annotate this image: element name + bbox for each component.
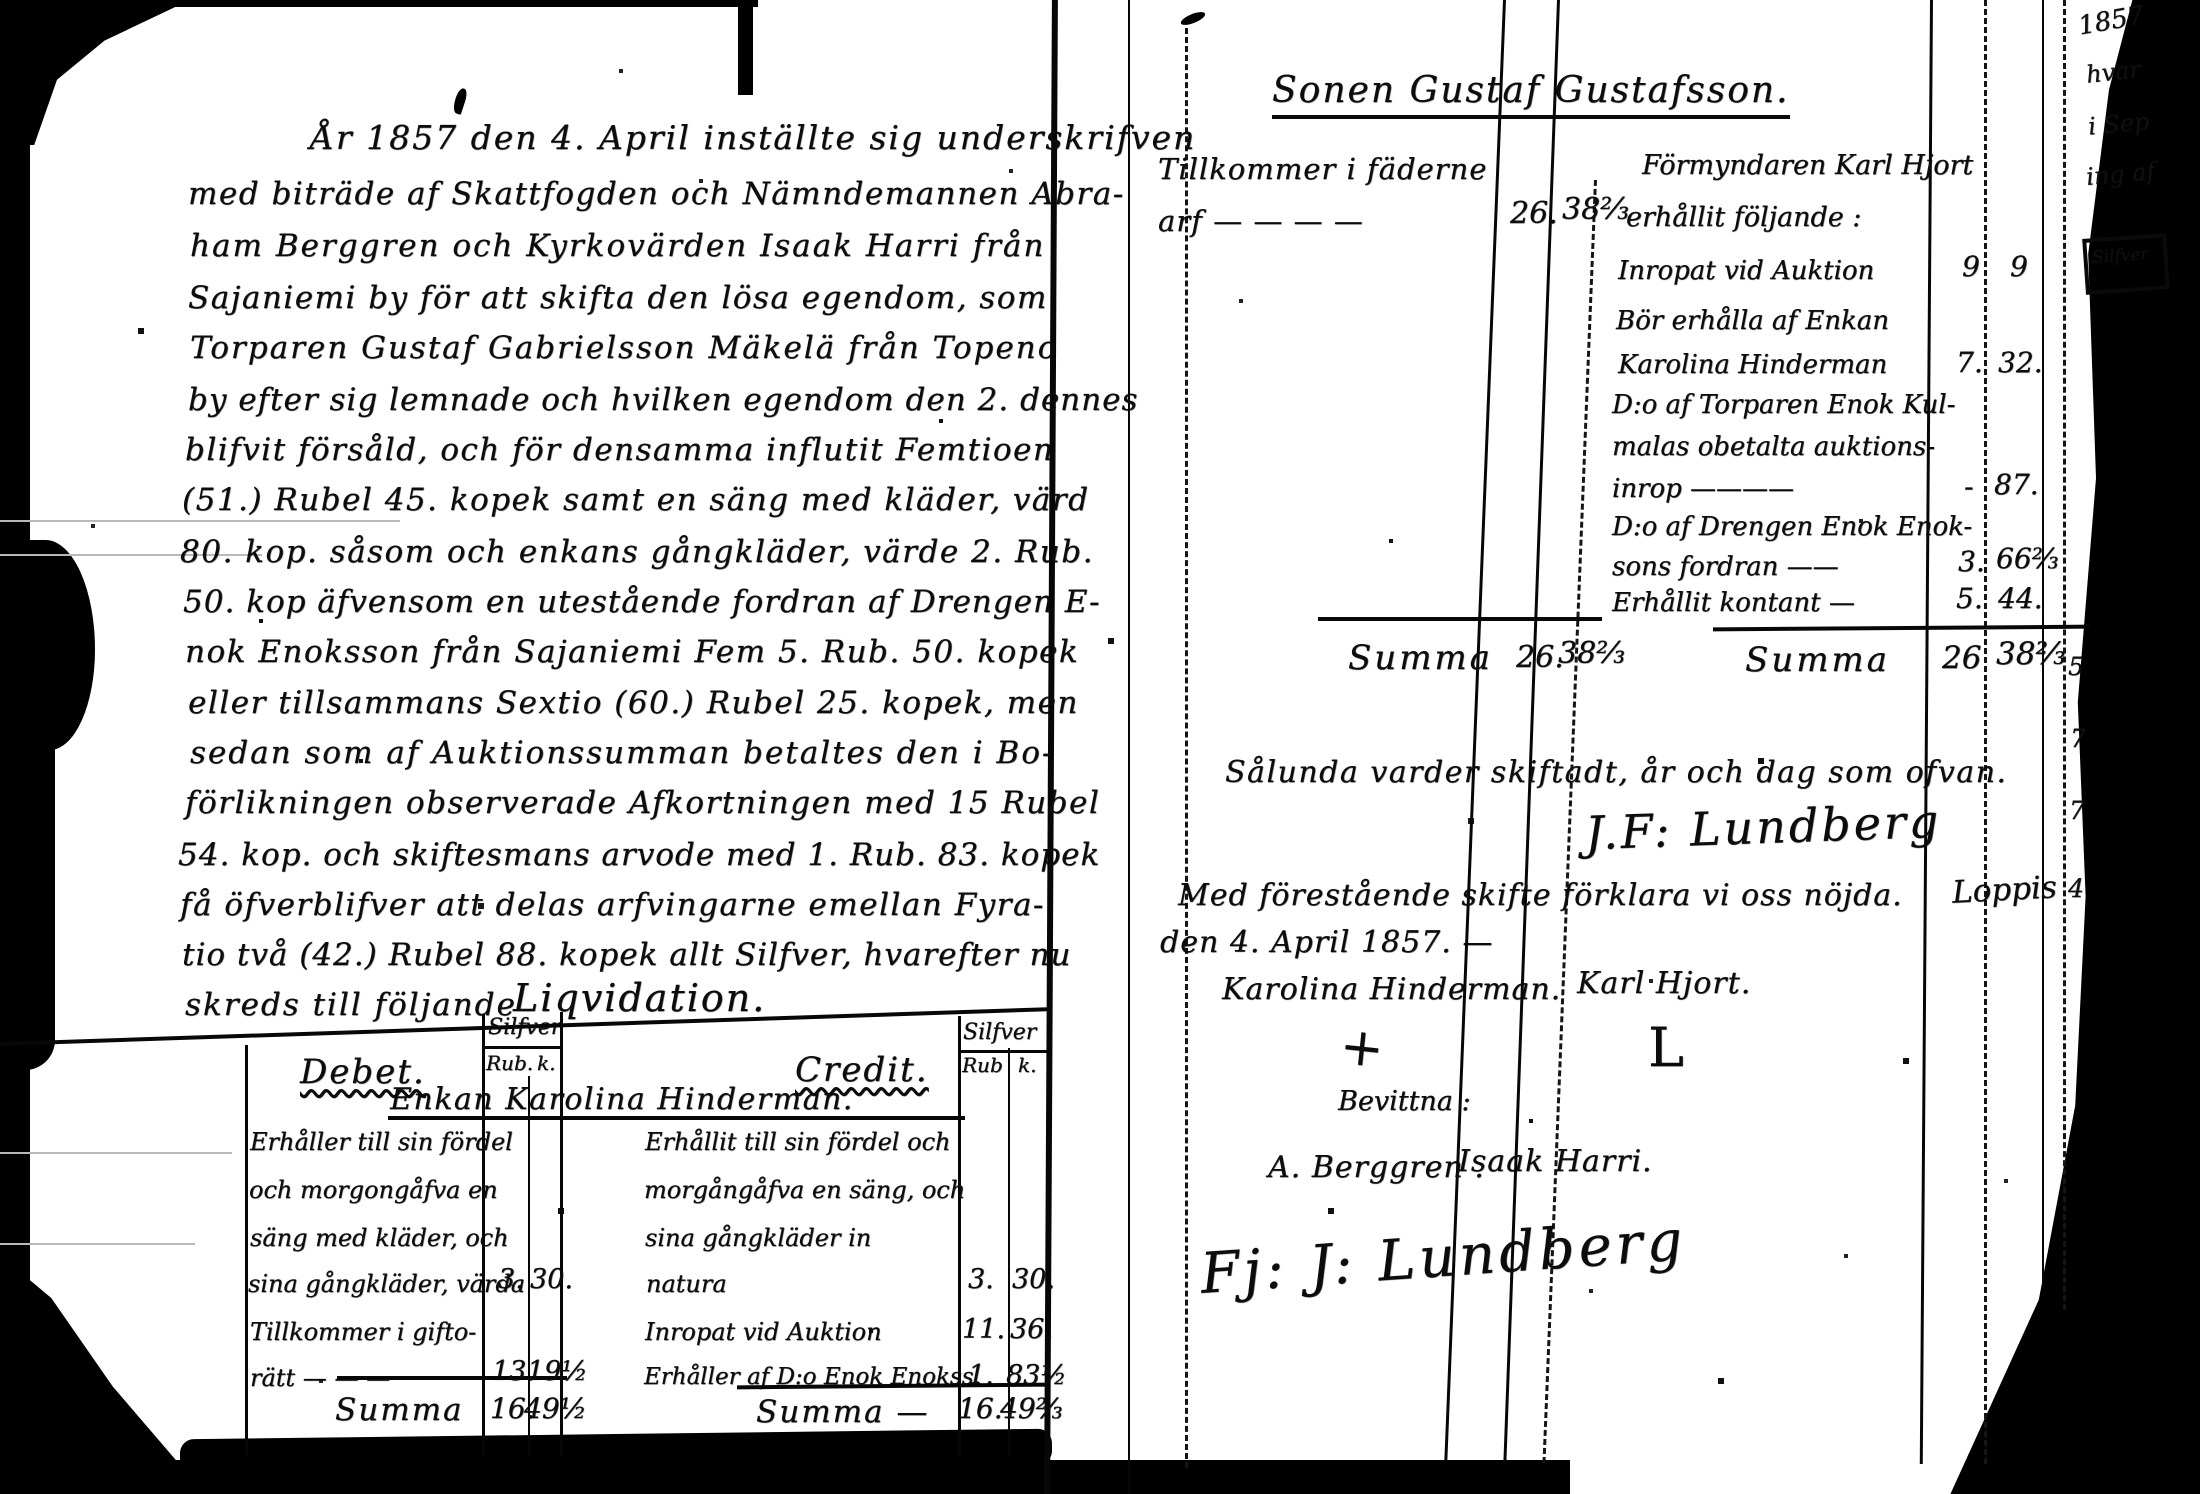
silver-header-left: Silfver: [488, 1015, 561, 1040]
right-page-heading: Sonen Gustaf Gustafsson.: [1272, 70, 1790, 119]
inheritance-kop: 38⅔: [1562, 192, 1629, 227]
body-line: få öfverblifver att delas arfvingarne em…: [180, 887, 1045, 923]
right-page-margin-line: [1128, 0, 1130, 1494]
scan-corner-bottom-left: [0, 1255, 205, 1494]
left-credit-amount-col-left: [958, 1016, 961, 1456]
clerk-signature-large: Fj: J: Lundberg: [1198, 1208, 1688, 1307]
body-line: tio två (42.) Rubel 88. kopek allt Silfv…: [182, 937, 1071, 973]
guardian-item-line: Erhållit kontant —: [1612, 588, 1855, 618]
left-summa-kop: 38⅔: [1558, 636, 1625, 671]
scanned-document-page: { "ink_color": "#0c0c0c", "left_page": {…: [0, 0, 2200, 1494]
sliver-digit: 7: [2070, 724, 2086, 753]
body-line: skreds till följande: [185, 987, 517, 1023]
credit-summa-kop: 49⅔: [1000, 1392, 1063, 1425]
credit-line: natura: [646, 1270, 727, 1298]
table-section-heading: Enkan Karolina Hinderman.: [390, 1082, 854, 1117]
witness-signature-1: A. Berggren .: [1268, 1150, 1485, 1185]
closing-statement: Sålunda varder skiftadt, år och dag som …: [1225, 755, 2007, 790]
scan-fleck-2: [1179, 9, 1206, 27]
guardian-item-line: Bör erhålla af Enkan: [1616, 306, 1889, 336]
body-line: (51.) Rubel 45. kopek samt en säng med k…: [182, 482, 1089, 518]
signature-karl: Karl Hjort.: [1577, 966, 1751, 1001]
body-line: ham Berggren och Kyrkovärden Isaak Harri…: [190, 228, 1045, 264]
credit-amount-kop: 30.: [1012, 1264, 1055, 1295]
silver-header-right: Silfver: [963, 1020, 1036, 1045]
right-summa-kop: 38⅔: [1996, 636, 2066, 672]
sliver-digit: 4: [2068, 874, 2084, 903]
credit-summa-rub: 16.: [958, 1392, 1003, 1425]
body-line: 50. kop äfvensom en utestående fordran a…: [183, 584, 1100, 620]
body-line: Torparen Gustaf Gabrielsson Mäkelä från …: [190, 330, 1058, 366]
left-summa-rub: 26.: [1516, 640, 1564, 675]
credit-amount-kop: 36.: [1010, 1314, 1053, 1345]
guardian-item-rub: 7.: [1956, 346, 1983, 379]
guardian-item-kop: 32.: [1998, 346, 2043, 379]
scan-streak-4: [0, 1243, 195, 1245]
scan-blob-left-lower: [0, 700, 55, 1070]
right-summa-label: Summa: [1745, 640, 1890, 680]
left-table-left-border: [245, 1045, 248, 1455]
debet-amount-rub: 3.: [498, 1264, 524, 1295]
guardian-item-rub: 5.: [1956, 582, 1983, 615]
guardian-item-kop: 87.: [1994, 468, 2039, 501]
right-right-amount-col-left: [1920, 0, 1933, 1464]
body-line: by efter sig lemnade och hvilken egendom…: [188, 382, 1138, 418]
consent-statement: Med förestående skifte förklara vi oss n…: [1178, 878, 1903, 913]
debet-line: och morgongåfva en: [249, 1176, 498, 1204]
rub-header-right: Rub: [962, 1053, 1003, 1077]
witness-signature-2: Isaak Harri.: [1458, 1144, 1653, 1179]
sliver-digit: 7: [2069, 796, 2085, 825]
credit-line: Erhåller af D:o Enok Enokss.: [644, 1364, 981, 1390]
credit-summa-label: Summa —: [756, 1394, 929, 1430]
right-page-margin-dash-line: [1185, 28, 1188, 1468]
sliver-silver-label: Silfver: [2091, 244, 2149, 268]
handmark-bomerke: L: [1648, 1016, 1684, 1079]
left-debet-amount-col-right: [560, 1012, 563, 1456]
debet-amount-kop: 19½: [527, 1356, 588, 1387]
left-summa-label: Summa: [1348, 638, 1493, 678]
guardian-item-line: sons fordran ——: [1612, 552, 1839, 582]
k-header-left: k.: [537, 1051, 555, 1075]
scan-speckles: [0, 0, 2, 2]
credit-line: morgångåfva en säng, och: [644, 1176, 965, 1204]
guardian-item-line: inrop ————: [1612, 474, 1794, 504]
date-line: den 4. April 1857. —: [1160, 925, 1493, 960]
debet-line: säng med kläder, och: [250, 1224, 509, 1252]
scan-edge-top-hook: [738, 0, 753, 95]
inheritance-line: arf — — — —: [1158, 204, 1364, 238]
guardian-heading-line: Förmyndaren Karl Hjort: [1642, 150, 1973, 181]
guardian-item-line: Karolina Hinderman: [1618, 350, 1887, 380]
credit-amount-rub: 1.: [968, 1360, 994, 1391]
inheritance-rub: 26.: [1510, 196, 1558, 231]
body-line: blifvit försåld, och för densamma influt…: [185, 432, 1054, 468]
place-name: Loppis: [1951, 869, 2058, 910]
body-line: 54. kop. och skiftesmans arvode med 1. R…: [178, 837, 1100, 873]
debet-summa-kop: 49½: [524, 1392, 587, 1425]
guardian-item-kop: 9: [2010, 250, 2028, 283]
guardian-item-rub: -: [1964, 470, 1973, 503]
inheritance-line: Tillkommer i fäderne: [1158, 152, 1487, 186]
credit-line: Inropat vid Auktion: [645, 1318, 882, 1346]
sliver-fragment: hvar: [2085, 55, 2142, 89]
body-line: År 1857 den 4. April inställte sig under…: [310, 118, 1196, 157]
right-right-summa-rule: [1713, 625, 2090, 632]
guardian-item-line: Inropat vid Auktion: [1618, 256, 1874, 286]
guardian-heading-line: erhållit följande :: [1626, 202, 1861, 233]
credit-amount-rub: 3.: [968, 1264, 994, 1295]
credit-line: sina gångkläder in: [645, 1224, 871, 1252]
sliver-fragment: i Sep: [2087, 107, 2151, 140]
credit-amount-rub: 11.: [962, 1314, 1005, 1345]
credit-line: Erhållit till sin fördel och: [645, 1128, 950, 1156]
handmark-cross: +: [1337, 1016, 1387, 1080]
k-header-right: k.: [1018, 1053, 1036, 1077]
body-line: sedan som af Auktionssumman betaltes den…: [190, 735, 1054, 771]
body-line: förlikningen observerade Afkortningen me…: [185, 785, 1100, 821]
body-line: 80. kop. såsom och enkans gångkläder, vä…: [180, 534, 1094, 570]
scan-streak-3: [0, 1152, 232, 1154]
guardian-item-rub: 9: [1962, 250, 1980, 283]
guardian-item-line: D:o af Torparen Enok Kul-: [1612, 390, 1955, 420]
witness-label: Bevittna :: [1338, 1086, 1471, 1117]
guardian-item-rub: 3.: [1958, 545, 1985, 578]
guardian-item-line: malas obetalta auktions-: [1612, 432, 1935, 462]
guardian-item-kop: 44.: [1998, 582, 2043, 615]
body-line: nok Enoksson från Sajaniemi Fem 5. Rub. …: [185, 634, 1079, 670]
debet-line: sina gångkläder, värda: [248, 1270, 525, 1298]
debet-line: Erhåller till sin fördel: [250, 1128, 513, 1156]
sliver-digit: 5: [2068, 652, 2084, 681]
clerk-signature: J.F: Lundberg: [1584, 794, 1942, 860]
debet-line: Tillkommer i gifto-: [250, 1318, 476, 1346]
debet-amount-kop: 30.: [530, 1264, 573, 1295]
rub-header-left: Rub.: [486, 1051, 533, 1075]
right-left-summa-rule: [1318, 617, 1602, 621]
right-summa-rub: 26: [1942, 640, 1981, 676]
guardian-item-line: D:o af Drengen Enok Enok-: [1612, 512, 1972, 542]
left-silver-box-mid-rule: [482, 1046, 563, 1049]
debet-line: rätt — — —: [250, 1364, 390, 1392]
guardian-item-kop: 66⅔: [1996, 542, 2059, 575]
debet-summa-label: Summa: [335, 1392, 463, 1428]
body-line: med biträde af Skattfogden och Nämndeman…: [188, 176, 1125, 212]
scan-fleck-1: [451, 87, 469, 115]
signature-karolina: Karolina Hinderman.: [1222, 972, 1561, 1007]
credit-amount-kop: 83½: [1006, 1360, 1067, 1391]
body-line: eller tillsammans Sextio (60.) Rubel 25.…: [188, 685, 1079, 721]
right-right-amount-col-mid-dash: [1984, 0, 1987, 1464]
scan-streak-1: [0, 520, 400, 522]
liquidation-title: Liqvidation.: [513, 976, 766, 1020]
body-line: Sajaniemi by för att skifta den lösa ege…: [188, 280, 1048, 316]
